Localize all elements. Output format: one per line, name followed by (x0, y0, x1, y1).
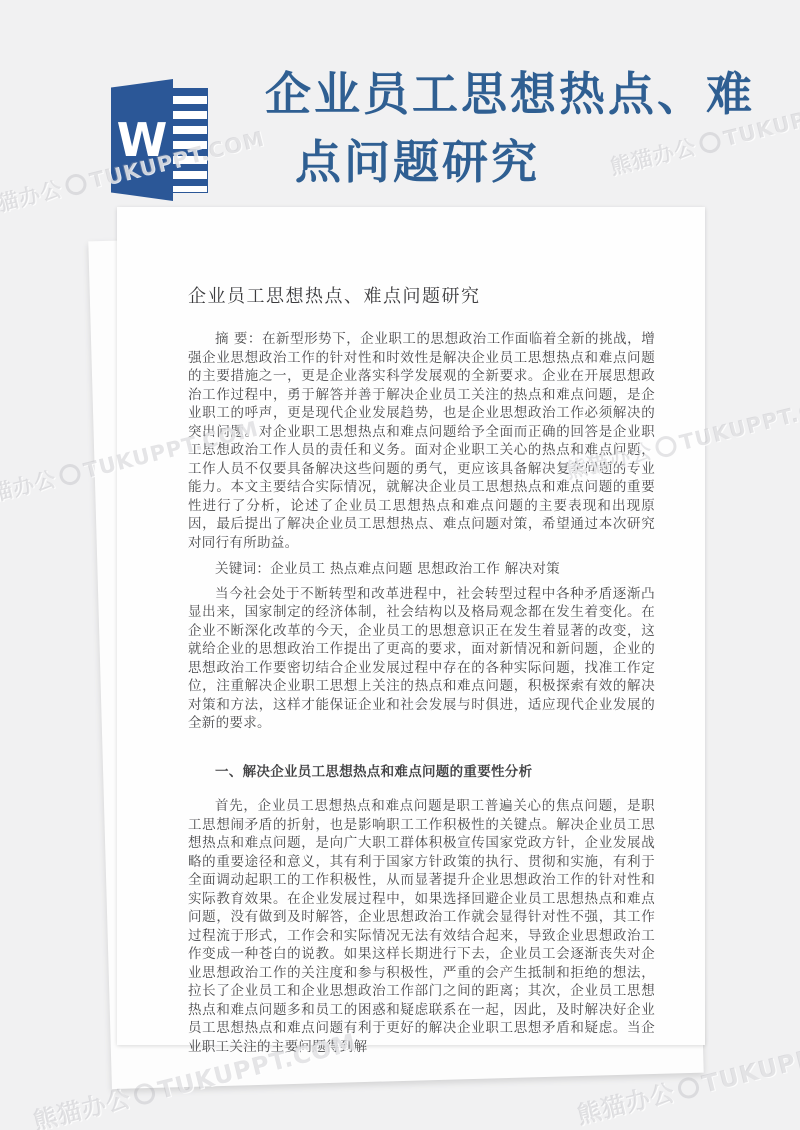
tukuppt-logo-icon (676, 1075, 701, 1100)
word-letter: W (111, 79, 173, 201)
section1-heading: 一、解决企业员工思想热点和难点问题的重要性分析 (188, 763, 655, 782)
word-icon: W (111, 79, 208, 201)
intro-paragraph: 当今社会处于不断转型和改革进程中，社会转型过程中各种矛盾逐渐凸显出来，国家制定的… (188, 585, 655, 733)
preview-title-line1: 企业员工思想热点、难 (265, 67, 755, 121)
watermark-en: TUKUPPT.COM (699, 1022, 800, 1098)
preview-title-line2: 点问题研究 (295, 128, 775, 196)
abstract-paragraph: 摘 要：在新型形势下，企业职工的思想政治工作面临着全新的挑战，增强企业思想政治工… (188, 330, 655, 552)
preview-header: W 企业员工思想热点、难 点问题研究 (0, 0, 800, 210)
watermark-cn: 熊猫办公 (574, 1078, 678, 1129)
document-page: 企业员工思想热点、难点问题研究 摘 要：在新型形势下，企业职工的思想政治工作面临… (117, 207, 705, 1045)
watermark-cn: 熊猫办公 (0, 467, 59, 512)
keywords-line: 关键词：企业员工 热点难点问题 思想政治工作 解决对策 (188, 560, 655, 579)
preview-title: 企业员工思想热点、难 点问题研究 (265, 60, 775, 196)
tukuppt-logo-icon (57, 461, 82, 486)
document-body: 摘 要：在新型形势下，企业职工的思想政治工作面临着全新的挑战，增强企业思想政治工… (188, 330, 655, 1056)
word-document-lines-icon (169, 88, 208, 193)
document-title: 企业员工思想热点、难点问题研究 (188, 282, 655, 308)
watermark-cn: 熊猫办公 (30, 1084, 134, 1130)
section1-paragraph: 首先，企业员工思想热点和难点问题是职工普遍关心的焦点问题，是职工思想闹矛盾的折射… (188, 797, 655, 1056)
